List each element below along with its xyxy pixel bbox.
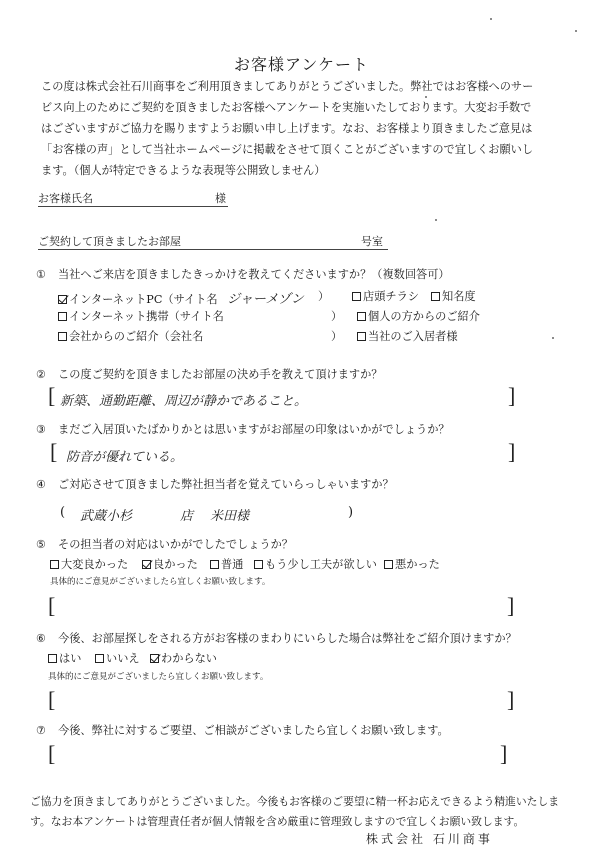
q5-option-average[interactable]: 普通 xyxy=(210,556,243,572)
question-text: この度ご契約を頂きましたお部屋の決め手を教えて頂けますか？ xyxy=(58,368,382,381)
q1-option-resident[interactable]: 当社のご入居者様 xyxy=(357,328,458,344)
room-number-label: ご契約して頂きましたお部屋 xyxy=(38,235,181,248)
open-bracket: [ xyxy=(50,439,57,465)
scan-speck xyxy=(435,219,437,221)
q5-comment-input[interactable] xyxy=(62,600,502,618)
q1-option-company-referral[interactable]: 会社からのご紹介（会社名 xyxy=(58,328,203,344)
room-number-field[interactable]: ご契約して頂きましたお部屋 号室 xyxy=(38,233,388,250)
question-number: ① xyxy=(36,268,58,281)
q3-answer[interactable]: 防音が優れている。 xyxy=(66,446,183,465)
question-6: ⑥今後、お部屋探しをされる方がお客様のまわりにいらした場合は弊社をご紹介頂けます… xyxy=(36,630,517,646)
open-paren: ( xyxy=(60,505,65,520)
close-paren: ） xyxy=(331,308,342,324)
checkbox-icon[interactable] xyxy=(384,560,393,569)
room-number-suffix: 号室 xyxy=(361,233,383,249)
customer-name-suffix: 様 xyxy=(215,190,226,206)
q6-option-no[interactable]: いいえ xyxy=(95,650,140,666)
scan-speck xyxy=(552,337,554,339)
q6-note: 具体的にご意見がございましたら宜しくお願い致します。 xyxy=(48,670,268,682)
customer-name-field[interactable]: お客様氏名 様 xyxy=(38,190,228,207)
company-name: 株式会社 石川商事 xyxy=(366,830,493,847)
question-number: ② xyxy=(36,368,58,381)
checkbox-icon[interactable] xyxy=(352,292,361,301)
customer-name-label: お客様氏名 xyxy=(38,192,93,205)
checkbox-icon[interactable] xyxy=(48,654,57,663)
close-bracket: ] xyxy=(507,593,514,619)
close-paren: ） xyxy=(331,328,342,344)
q2-answer[interactable]: 新築、通勤距離、周辺が静かであること。 xyxy=(60,390,307,409)
open-bracket: [ xyxy=(48,687,55,713)
q7-comment-input[interactable] xyxy=(62,748,502,766)
checkbox-icon[interactable] xyxy=(210,560,219,569)
checkbox-icon[interactable] xyxy=(58,332,67,341)
checkbox-icon[interactable] xyxy=(431,292,440,301)
checkbox-icon[interactable] xyxy=(50,560,59,569)
close-bracket: ] xyxy=(507,687,514,713)
question-number: ⑥ xyxy=(36,632,58,645)
question-text: ご対応させて頂きました弊社担当者を覚えていらっしゃいますか？ xyxy=(58,478,394,491)
question-number: ④ xyxy=(36,478,58,491)
question-text: その担当者の対応はいかがでしたでしょうか？ xyxy=(58,538,293,551)
question-text: 当社へご来店を頂きましたきっかけを教えてくださいますか？（複数回答可） xyxy=(58,268,450,281)
scan-speck xyxy=(490,18,492,20)
open-bracket: [ xyxy=(48,741,55,767)
page-title: お客様アンケート xyxy=(0,52,603,75)
close-bracket: ] xyxy=(508,383,515,409)
checkbox-icon[interactable] xyxy=(357,312,366,321)
intro-line: ます。（個人が特定できるような表現等公開致しません） xyxy=(41,160,581,181)
question-1: ①当社へご来店を頂きましたきっかけを教えてくださいますか？（複数回答可） xyxy=(36,266,450,282)
intro-line: この度は株式会社石川商事をご利用頂きましてありがとうございました。弊社ではお客様… xyxy=(41,76,581,97)
q5-note: 具体的にご意見がございましたら宜しくお願い致します。 xyxy=(50,575,270,587)
checkbox-icon[interactable] xyxy=(58,312,67,321)
q5-option-needs-improvement[interactable]: もう少し工夫が欲しい xyxy=(254,556,377,572)
question-5: ⑤その担当者の対応はいかがでしたでしょうか？ xyxy=(36,536,293,552)
checkbox-icon[interactable] xyxy=(357,332,366,341)
question-number: ⑦ xyxy=(36,724,58,737)
intro-line: はございますがご協力を賜りますようお願い申し上げます。なお、お客様より頂きました… xyxy=(41,118,581,139)
q6-option-unsure[interactable]: わからない xyxy=(150,650,217,666)
q5-option-very-good[interactable]: 大変良かった xyxy=(50,556,128,572)
open-bracket: [ xyxy=(48,593,55,619)
q1-option-flyer[interactable]: 店頭チラシ xyxy=(352,288,419,304)
intro-line: 「お客様の声」として当社ホームページに掲載をさせて頂くことがございますので宜しく… xyxy=(41,139,581,160)
close-bracket: ] xyxy=(508,439,515,465)
checkbox-icon[interactable] xyxy=(254,560,263,569)
intro-line: ビス向上のためにご契約を頂きましたお客様へアンケートを実施いたしております。大変… xyxy=(41,97,581,118)
open-bracket: [ xyxy=(48,383,55,409)
q6-comment-input[interactable] xyxy=(62,694,502,712)
footer-line: ご協力を頂きましてありがとうございました。今後もお客様のご要望に精一杯お応えでき… xyxy=(30,792,559,812)
question-4: ④ご対応させて頂きました弊社担当者を覚えていらっしゃいますか？ xyxy=(36,476,394,492)
close-bracket: ] xyxy=(500,741,507,767)
question-text: 今後、弊社に対するご要望、ご相談がございましたら宜しくお願い致します。 xyxy=(58,724,449,737)
q4-store-suffix: 店 xyxy=(180,505,193,524)
question-3: ③まだご入居頂いたばかりかとは思いますがお部屋の印象はいかがでしょうか？ xyxy=(36,421,450,437)
question-2: ②この度ご契約を頂きましたお部屋の決め手を教えて頂けますか？ xyxy=(36,366,382,382)
checkbox-icon[interactable] xyxy=(95,654,104,663)
close-paren: ) xyxy=(348,505,353,520)
q1-option-personal-referral[interactable]: 個人の方からのご紹介 xyxy=(357,308,480,324)
checkbox-checked-icon[interactable] xyxy=(150,654,159,663)
scan-speck xyxy=(575,30,577,32)
q5-option-good[interactable]: 良かった xyxy=(142,556,198,572)
checkbox-checked-icon[interactable] xyxy=(142,560,151,569)
q4-store-name[interactable]: 武蔵小杉 xyxy=(80,505,132,524)
q6-option-yes[interactable]: はい xyxy=(48,650,81,666)
question-text: 今後、お部屋探しをされる方がお客様のまわりにいらした場合は弊社をご紹介頂けますか… xyxy=(58,632,517,645)
q5-option-bad[interactable]: 悪かった xyxy=(384,556,440,572)
question-number: ⑤ xyxy=(36,538,58,551)
footer-line: す。なお本アンケートは管理責任者が個人情報を含め厳重に管理致しますので宜しくお願… xyxy=(30,812,559,832)
question-text: まだご入居頂いたばかりかとは思いますがお部屋の印象はいかがでしょうか？ xyxy=(58,423,450,436)
q1-option-internet-mobile[interactable]: インターネット携帯（サイト名 xyxy=(58,308,224,324)
question-7: ⑦今後、弊社に対するご要望、ご相談がございましたら宜しくお願い致します。 xyxy=(36,722,449,738)
q1-option-internet-pc[interactable]: インターネットPC（サイト名 ジャーメゾン xyxy=(58,288,304,307)
q4-staff-name[interactable]: 米田様 xyxy=(210,505,249,524)
q1-option-reputation[interactable]: 知名度 xyxy=(431,288,476,304)
close-paren: ） xyxy=(318,288,329,304)
question-number: ③ xyxy=(36,423,58,436)
intro-paragraph: この度は株式会社石川商事をご利用頂きましてありがとうございました。弊社ではお客様… xyxy=(41,76,581,181)
handwritten-site-name: ジャーメゾン xyxy=(227,292,304,307)
footer-note: ご協力を頂きましてありがとうございました。今後もお客様のご要望に精一杯お応えでき… xyxy=(30,792,559,832)
scan-speck xyxy=(425,96,427,98)
checkbox-checked-icon[interactable] xyxy=(58,295,67,304)
